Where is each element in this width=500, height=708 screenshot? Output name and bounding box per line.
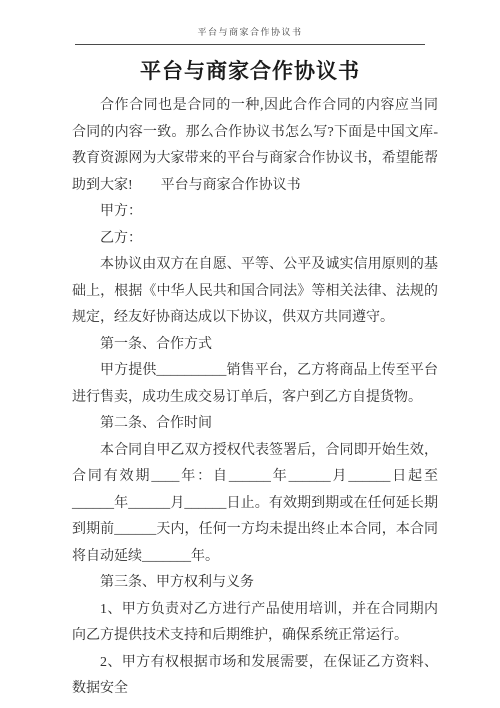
heading-article-2: 第二条、合作时间 — [72, 411, 438, 438]
running-header: 平台与商家合作协议书 — [0, 0, 500, 37]
document-title: 平台与商家合作协议书 — [0, 58, 500, 84]
document-body: 合作合同也是合同的一种,因此合作合同的内容应当同合同的内容一致。那么合作协议书怎… — [72, 93, 438, 703]
document-page: 平台与商家合作协议书 平台与商家合作协议书 合作合同也是合同的一种,因此合作合同… — [0, 0, 500, 708]
paragraph-intro: 合作合同也是合同的一种,因此合作合同的内容应当同合同的内容一致。那么合作协议书怎… — [72, 93, 438, 199]
paragraph-preamble: 本协议由双方在自愿、平等、公平及诚实信用原则的基础上，根据《中华人民共和国合同法… — [72, 252, 438, 332]
paragraph-article-1-body: 甲方提供__________销售平台，乙方将商品上传至平台进行售卖，成功生成交易… — [72, 358, 438, 411]
paragraph-party-b: 乙方： — [72, 226, 438, 253]
header-divider — [75, 44, 425, 45]
running-header-title: 平台与商家合作协议书 — [197, 27, 302, 37]
paragraph-article-3-item-1: 1、甲方负责对乙方进行产品使用培训，并在合同期内向乙方提供技术支持和后期维护，确… — [72, 597, 438, 650]
paragraph-party-a: 甲方： — [72, 199, 438, 226]
heading-article-3: 第三条、甲方权利与义务 — [72, 570, 438, 597]
paragraph-article-3-item-2: 2、甲方有权根据市场和发展需要，在保证乙方资料、数据安全 — [72, 650, 438, 703]
paragraph-article-2-body: 本合同自甲乙双方授权代表签署后，合同即开始生效，合同有效期____年：自____… — [72, 438, 438, 571]
heading-article-1: 第一条、合作方式 — [72, 332, 438, 359]
